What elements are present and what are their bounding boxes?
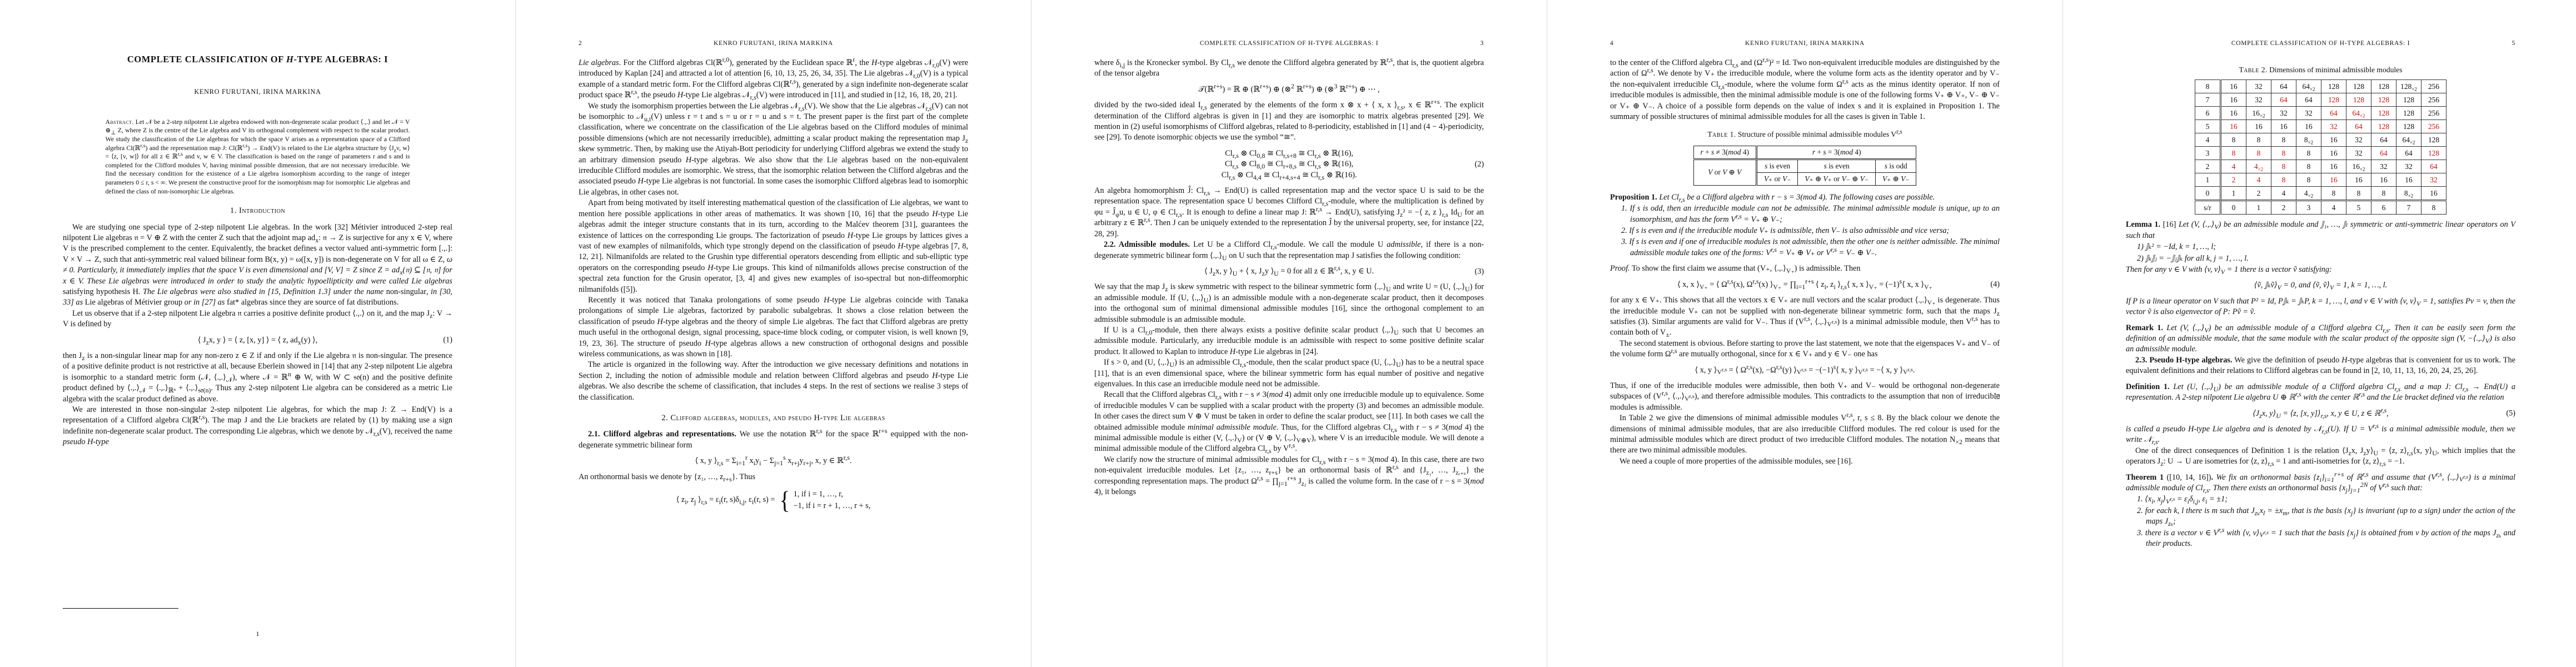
- paragraph: One of the direct consequences of Defini…: [2126, 446, 2515, 467]
- table2-footer-cell: 6: [2371, 201, 2396, 215]
- footnotes: [63, 608, 452, 613]
- paragraph: is called a pseudo H-type Lie algebra an…: [2126, 424, 2515, 446]
- paragraph: We need a couple of more properties of t…: [1610, 456, 2000, 467]
- table2-dimension-cell: 128: [2421, 133, 2447, 147]
- equation: Clr,s ⊗ Cl0,8 ≅ Clr,s+8 ≅ Clr,s ⊗ ℝ(16),…: [1094, 148, 1484, 181]
- paragraph: for any x ∈ V₊. This shows that all the …: [1610, 295, 2000, 339]
- page-4-body: to the center of the Clifford algebra Cl…: [1610, 58, 2000, 467]
- table2-dimension-cell: 8×2: [2396, 187, 2421, 201]
- table2-dimension-cell: 128: [2321, 80, 2346, 93]
- table2-dimension-cell: 64: [2271, 80, 2296, 93]
- table1-cell: V₊ ⊕ V₋: [1876, 172, 1916, 185]
- table2-footer-cell: 0: [2221, 201, 2246, 215]
- table2-footer-cell: 4: [2321, 201, 2346, 215]
- list-item: 3. If s is even and if one of irreducibl…: [1610, 237, 2000, 258]
- table2-dimension-cell: 256: [2421, 120, 2447, 133]
- table2-dimension-cell: 4: [2221, 160, 2246, 173]
- table2-dimension-cell: 8: [2371, 187, 2396, 201]
- paragraph: Proof. To show the first claim we assume…: [1610, 263, 2000, 274]
- table-2: 816326464×2128128128128×2256716326464128…: [2195, 79, 2447, 215]
- authors: KENRO FURUTANI, IRINA MARKINA: [63, 87, 452, 97]
- equation-cases: ⟨ zi, zj ⟩r,s = εi(r, s)δi,j, εi(r, s) =…: [579, 487, 968, 513]
- table2-dimension-cell: 2: [2246, 187, 2271, 201]
- table2-s-label: 0: [2195, 187, 2221, 201]
- table2-s-label: 5: [2195, 120, 2221, 133]
- equation-number: □: [1995, 391, 2000, 402]
- table2-dimension-cell: 64×2: [2396, 133, 2421, 147]
- table2-s-label: 6: [2195, 107, 2221, 120]
- equation-number: (4): [1990, 280, 2000, 290]
- table1-cell: V₊ ⊕ V₊ or V₋ ⊕ V₋: [1798, 172, 1876, 185]
- table2-s-label: 4: [2195, 133, 2221, 147]
- equation-number: (5): [2506, 409, 2515, 419]
- equation: ⟨ x, y ⟩Vr,s = ⟨ Ωr,s(x), −Ωr,s(y) ⟩Vr,s…: [1610, 365, 2000, 376]
- table-1: r + s ≠ 3(mod 4)r + s = 3(mod 4)V or V ⊕…: [1693, 146, 1917, 186]
- paragraph: An orthonormal basis we denote by {z₁, ……: [579, 472, 968, 482]
- list-item: 2. for each k, l there is m such that Jz…: [2126, 506, 2515, 527]
- table2-dimension-cell: 8×2: [2296, 133, 2321, 147]
- list-item: 1. ⟨xi, xj⟩Vr,s = εiδi,j, εi = ±1;: [2126, 494, 2515, 505]
- case-line: 1, if i = 1, …, r,: [794, 489, 871, 500]
- table2-dimension-cell: 128: [2371, 93, 2396, 107]
- table2-dimension-cell: 8: [2271, 133, 2296, 147]
- page-3-body: where δi,j is the Kronecker symbol. By C…: [1094, 58, 1484, 497]
- table2-dimension-cell: 64: [2296, 93, 2321, 107]
- table2-dimension-cell: 8: [2346, 187, 2371, 201]
- table2-dimension-cell: 16: [2346, 173, 2371, 187]
- table2-dimension-cell: 32: [2396, 160, 2421, 173]
- table2-footer-cell: 8: [2421, 201, 2447, 215]
- page-3: COMPLETE CLASSIFICATION OF H-TYPE ALGEBR…: [1032, 0, 1547, 667]
- table2-dimension-cell: 32: [2246, 80, 2271, 93]
- table2-dimension-cell: 32: [2346, 133, 2371, 147]
- table2-footer-cell: 5: [2346, 201, 2371, 215]
- paragraph: We are studying one special type of 2-st…: [63, 222, 452, 308]
- abstract: Abstract. Let 𝒩 be a 2-step nilpotent Li…: [106, 118, 410, 196]
- table2-dimension-cell: 32: [2271, 107, 2296, 120]
- page-1-body: COMPLETE CLASSIFICATION OF H-TYPE ALGEBR…: [63, 0, 452, 448]
- table2-footer-cell: 1: [2246, 201, 2271, 215]
- table2-dimension-cell: 16: [2321, 147, 2346, 160]
- paragraph: to the center of the Clifford algebra Cl…: [1610, 58, 2000, 122]
- equation-number: (1): [443, 335, 452, 346]
- paragraph: The second statement is obvious. Before …: [1610, 339, 2000, 360]
- equation: ⟨ṽ, 𝕁ₖṽ⟩V = 0, and ⟨ṽ, ṽ⟩V = 1, k = 1, ……: [2126, 280, 2515, 291]
- table2-dimension-cell: 64: [2371, 133, 2396, 147]
- page-number-right: [1983, 40, 2000, 47]
- table2-dimension-cell: 64: [2396, 147, 2421, 160]
- page-number-left: 2: [579, 40, 595, 47]
- equation-number: (2): [1474, 159, 1484, 170]
- table2-dimension-cell: 128: [2396, 107, 2421, 120]
- paragraph: Recall that the Clifford algebras Clr,s …: [1094, 390, 1484, 454]
- running-head: 4 KENRO FURUTANI, IRINA MARKINA: [1610, 40, 2000, 47]
- screenshot-root: { "arxiv_stamp": "arXiv:1512.03469v1 [ma…: [0, 0, 2576, 667]
- table2-dimension-cell: 8: [2296, 147, 2321, 160]
- table2-dimension-cell: 256: [2421, 93, 2447, 107]
- paragraph: An algebra homomorphism Ĵ: Clr,s → End(U…: [1094, 186, 1484, 240]
- running-head-title: COMPLETE CLASSIFICATION OF H-TYPE ALGEBR…: [1111, 40, 1467, 47]
- table2-dimension-cell: 128: [2396, 120, 2421, 133]
- theorem-block: Definition 1. Let (U, ⟨.,.⟩U) be an admi…: [2126, 382, 2515, 404]
- table2-dimension-cell: 16: [2246, 120, 2271, 133]
- equation: ⟨ Jzx, y ⟩U + ⟨ x, Jzy ⟩U = 0 for all z …: [1094, 266, 1484, 277]
- table2-dimension-cell: 128: [2371, 120, 2396, 133]
- table2-dimension-cell: 128: [2371, 80, 2396, 93]
- table2-dimension-cell: 64×2: [2346, 107, 2371, 120]
- page-number-left: 4: [1610, 40, 1627, 47]
- table2-dimension-cell: 1: [2221, 187, 2246, 201]
- table2-footer-cell: 2: [2271, 201, 2296, 215]
- list-item: 2. If s is even and if the irreducible m…: [1610, 226, 2000, 236]
- table2-s-label: 1: [2195, 173, 2221, 187]
- case-line: −1, if i = r + 1, …, r + s,: [794, 500, 871, 512]
- table2-dimension-cell: 4×2: [2296, 187, 2321, 201]
- paragraph: Recently it was noticed that Tanaka prol…: [579, 295, 968, 360]
- table2-dimension-cell: 256: [2421, 80, 2447, 93]
- paragraph: If P is a linear operator on V such that…: [2126, 296, 2515, 318]
- table2-s-label: 8: [2195, 80, 2221, 93]
- table2-dimension-cell: 32: [2246, 93, 2271, 107]
- list-item: 1. If s is odd, then an irreducible modu…: [1610, 203, 2000, 225]
- list-item: 2) 𝕁ₖ𝕁ⱼ = −𝕁ⱼ𝕁ₖ for all k, j = 1, …, l.: [2126, 253, 2515, 264]
- theorem-block: Remark 1. Let (V, ⟨.,.⟩V) be an admissib…: [2126, 323, 2515, 355]
- running-head: COMPLETE CLASSIFICATION OF H-TYPE ALGEBR…: [1094, 40, 1484, 47]
- table2-dimension-cell: 64: [2371, 147, 2396, 160]
- running-head-title: KENRO FURUTANI, IRINA MARKINA: [595, 40, 951, 47]
- paragraph: divided by the two-sided ideal Ir,s gene…: [1094, 100, 1484, 143]
- table2-dimension-cell: 16×2: [2346, 160, 2371, 173]
- table2-dimension-cell: 32: [2421, 173, 2447, 187]
- page-number-right: 5: [2499, 40, 2515, 47]
- table2-dimension-cell: 64×2: [2296, 80, 2321, 93]
- table2-dimension-cell: 16: [2221, 120, 2246, 133]
- table2-dimension-cell: 64: [2421, 160, 2447, 173]
- table2-footer-cell: 7: [2396, 201, 2421, 215]
- table2-dimension-cell: 16: [2321, 160, 2346, 173]
- cases-lines: 1, if i = 1, …, r,−1, if i = r + 1, …, r…: [794, 489, 871, 512]
- paragraph: We are interested in those non-singular …: [63, 405, 452, 448]
- running-head-title: COMPLETE CLASSIFICATION OF H-TYPE ALGEBR…: [2142, 40, 2499, 47]
- table2-dimension-cell: 32: [2321, 120, 2346, 133]
- table1-subhead: s is even: [1798, 159, 1876, 172]
- equation: 𝒯(ℝr+s) = ℝ ⊕ (ℝr+s) ⊕ (⊗2 ℝr+s) ⊕ (⊗3 ℝ…: [1094, 84, 1484, 95]
- table2-dimension-cell: 128×2: [2396, 80, 2421, 93]
- equation-lhs: ⟨ zi, zj ⟩r,s = εi(r, s)δi,j, εi(r, s) =: [676, 495, 775, 505]
- table2-s-label: 7: [2195, 93, 2221, 107]
- table2-dimension-cell: 8: [2246, 133, 2271, 147]
- table2-dimension-cell: 128: [2396, 93, 2421, 107]
- table1-cell: V or V ⊕ V: [1693, 159, 1756, 185]
- table1-subhead: s is odd: [1876, 159, 1916, 172]
- table2-dimension-cell: 128: [2421, 147, 2447, 160]
- table2-dimension-cell: 8: [2246, 147, 2271, 160]
- paragraph: Thus, if one of the irreducible modules …: [1610, 381, 2000, 413]
- table2-dimension-cell: 64: [2321, 107, 2346, 120]
- paragraph: The article is organized in the followin…: [579, 360, 968, 403]
- paragraph: We say that the map Jz is skew symmetric…: [1094, 282, 1484, 325]
- table2-dimension-cell: 8: [2271, 147, 2296, 160]
- page-number-left: [1094, 40, 1111, 47]
- paragraph: 2.3. Pseudo H-type algebras. We give the…: [2126, 355, 2515, 377]
- page-number-right: [951, 40, 968, 47]
- table2-dimension-cell: 16: [2321, 173, 2346, 187]
- table2-s-label: 3: [2195, 147, 2221, 160]
- running-head: COMPLETE CLASSIFICATION OF H-TYPE ALGEBR…: [2126, 40, 2515, 47]
- table2-dimension-cell: 16×2: [2246, 107, 2271, 120]
- running-head-title: KENRO FURUTANI, IRINA MARKINA: [1627, 40, 1983, 47]
- table2-dimension-cell: 128: [2346, 80, 2371, 93]
- equation: ⟨ x, x ⟩V₊ = ⟨ Ωr,s(x), Ωr,s(x) ⟩V₊ = ∏i…: [1610, 280, 2000, 290]
- table2-dimension-cell: 4: [2246, 173, 2271, 187]
- table2-dimension-cell: 16: [2296, 120, 2321, 133]
- cases-brace: {: [779, 485, 790, 515]
- table2-dimension-cell: 32: [2296, 107, 2321, 120]
- equation: ⟨Jzx, y⟩U = ⟨z, [x, y]⟩r,s, x, y ∈ U, z …: [2126, 409, 2515, 419]
- table2-dimension-cell: 32: [2371, 160, 2396, 173]
- paper-title: COMPLETE CLASSIFICATION OF H-TYPE ALGEBR…: [63, 54, 452, 64]
- page-5: COMPLETE CLASSIFICATION OF H-TYPE ALGEBR…: [2063, 0, 2576, 667]
- table2-dimension-cell: 8: [2296, 173, 2321, 187]
- table1-head-right: r + s = 3(mod 4): [1756, 146, 1916, 159]
- table2-dimension-cell: 16: [2271, 120, 2296, 133]
- paragraph: Then for any v ∈ V with ⟨v, v⟩V = 1 ther…: [2126, 265, 2515, 275]
- paragraph: In Table 2 we give the dimensions of min…: [1610, 413, 2000, 456]
- page-number-left: [2126, 40, 2142, 47]
- paragraph: We study the isomorphism properties betw…: [579, 101, 968, 198]
- table2-dimension-cell: 32: [2346, 147, 2371, 160]
- paragraph: If s > 0, and (U, ⟨.,.⟩U) is an admissib…: [1094, 357, 1484, 390]
- table2-s-label: 2: [2195, 160, 2221, 173]
- table2-dimension-cell: 8: [2271, 173, 2296, 187]
- equation: ⟨ x, y ⟩r,s = Σi=1r xiyi − Σj=1s xr+jyr+…: [579, 456, 968, 466]
- table2-dimension-cell: 16: [2321, 133, 2346, 147]
- paragraph: We clarify now the structure of minimal …: [1094, 455, 1484, 498]
- list-item: 3. there is a vector v ∈ Vr,s with ⟨v, v…: [2126, 528, 2515, 550]
- table2-dimension-cell: 4×2: [2246, 160, 2271, 173]
- page-4: 4 KENRO FURUTANI, IRINA MARKINA to the c…: [1547, 0, 2063, 667]
- table1-cell: V₊ or V₋: [1756, 172, 1797, 185]
- page-1: COMPLETE CLASSIFICATION OF H-TYPE ALGEBR…: [0, 0, 516, 667]
- table2-dimension-cell: 8: [2321, 187, 2346, 201]
- table2-footer-cell: s/r: [2195, 201, 2221, 215]
- page-2: 2 KENRO FURUTANI, IRINA MARKINA Lie alge…: [516, 0, 1032, 667]
- theorem-block: Theorem 1 ([10, 14, 16]). We fix an orth…: [2126, 472, 2515, 494]
- table2-dimension-cell: 16: [2421, 187, 2447, 201]
- section-heading: 2. Clifford algebras, modules, and pseud…: [579, 413, 968, 424]
- table-caption: Table 1. Structure of possible minimal a…: [1632, 129, 1977, 140]
- table2-dimension-cell: 128: [2321, 93, 2346, 107]
- table2-dimension-cell: 16: [2371, 173, 2396, 187]
- table-caption: Table 2. Dimensions of minimal admissibl…: [2148, 64, 2493, 75]
- equation-number: (3): [1474, 266, 1484, 277]
- section-heading: 1. Introduction: [63, 206, 452, 216]
- theorem-block: Proposition 1. Let Clr,s be a Clifford a…: [1610, 192, 2000, 203]
- table2-dimension-cell: 16: [2221, 107, 2246, 120]
- page-2-body: Lie algebras. For the Clifford algebras …: [579, 58, 968, 517]
- table1-head-left: r + s ≠ 3(mod 4): [1693, 146, 1756, 159]
- table2-dimension-cell: 16: [2396, 173, 2421, 187]
- table2-dimension-cell: 2: [2221, 173, 2246, 187]
- table2-dimension-cell: 4: [2271, 187, 2296, 201]
- paragraph: then Jz is a non-singular linear map for…: [63, 351, 452, 405]
- table2-dimension-cell: 8: [2221, 147, 2246, 160]
- table2-dimension-cell: 128: [2371, 107, 2396, 120]
- table1-subhead: s is even: [1756, 159, 1797, 172]
- paragraph: Let us observe that if a 2-step nilpoten…: [63, 308, 452, 330]
- table2-dimension-cell: 8: [2271, 160, 2296, 173]
- running-head: 2 KENRO FURUTANI, IRINA MARKINA: [579, 40, 968, 47]
- page-number-right: 3: [1467, 40, 1484, 47]
- table2-dimension-cell: 64: [2346, 120, 2371, 133]
- page-number: 1: [0, 630, 515, 638]
- paragraph: Apart from being motivated by itself int…: [579, 198, 968, 295]
- table2-dimension-cell: 16: [2221, 80, 2246, 93]
- table2-dimension-cell: 128: [2346, 93, 2371, 107]
- table2-dimension-cell: 8: [2296, 160, 2321, 173]
- list-item: 1) 𝕁ₖ² = −Id, k = 1, …, l;: [2126, 242, 2515, 252]
- table2-dimension-cell: 16: [2221, 93, 2246, 107]
- table2-dimension-cell: 64: [2271, 93, 2296, 107]
- paragraph: 2.1. Clifford algebras and representatio…: [579, 429, 968, 451]
- theorem-block: Lemma 1. [16] Let (V, ⟨.,.⟩V) be an admi…: [2126, 220, 2515, 241]
- paragraph: If U is a Clr,0-module, then there alway…: [1094, 325, 1484, 357]
- paragraph: 2.2. Admissible modules. Let U be a Clif…: [1094, 240, 1484, 261]
- table2-footer-cell: 3: [2296, 201, 2321, 215]
- paragraph: Lie algebras. For the Clifford algebras …: [579, 58, 968, 101]
- paragraph: where δi,j is the Kronecker symbol. By C…: [1094, 58, 1484, 79]
- equation: ⟨ Jzx, y ⟩ = ⟨ z, [x, y] ⟩ = ⟨ z, adx(y)…: [63, 335, 452, 346]
- table2-dimension-cell: 8: [2221, 133, 2246, 147]
- table2-dimension-cell: 256: [2421, 107, 2447, 120]
- page-5-body: Table 2. Dimensions of minimal admissibl…: [2126, 58, 2515, 550]
